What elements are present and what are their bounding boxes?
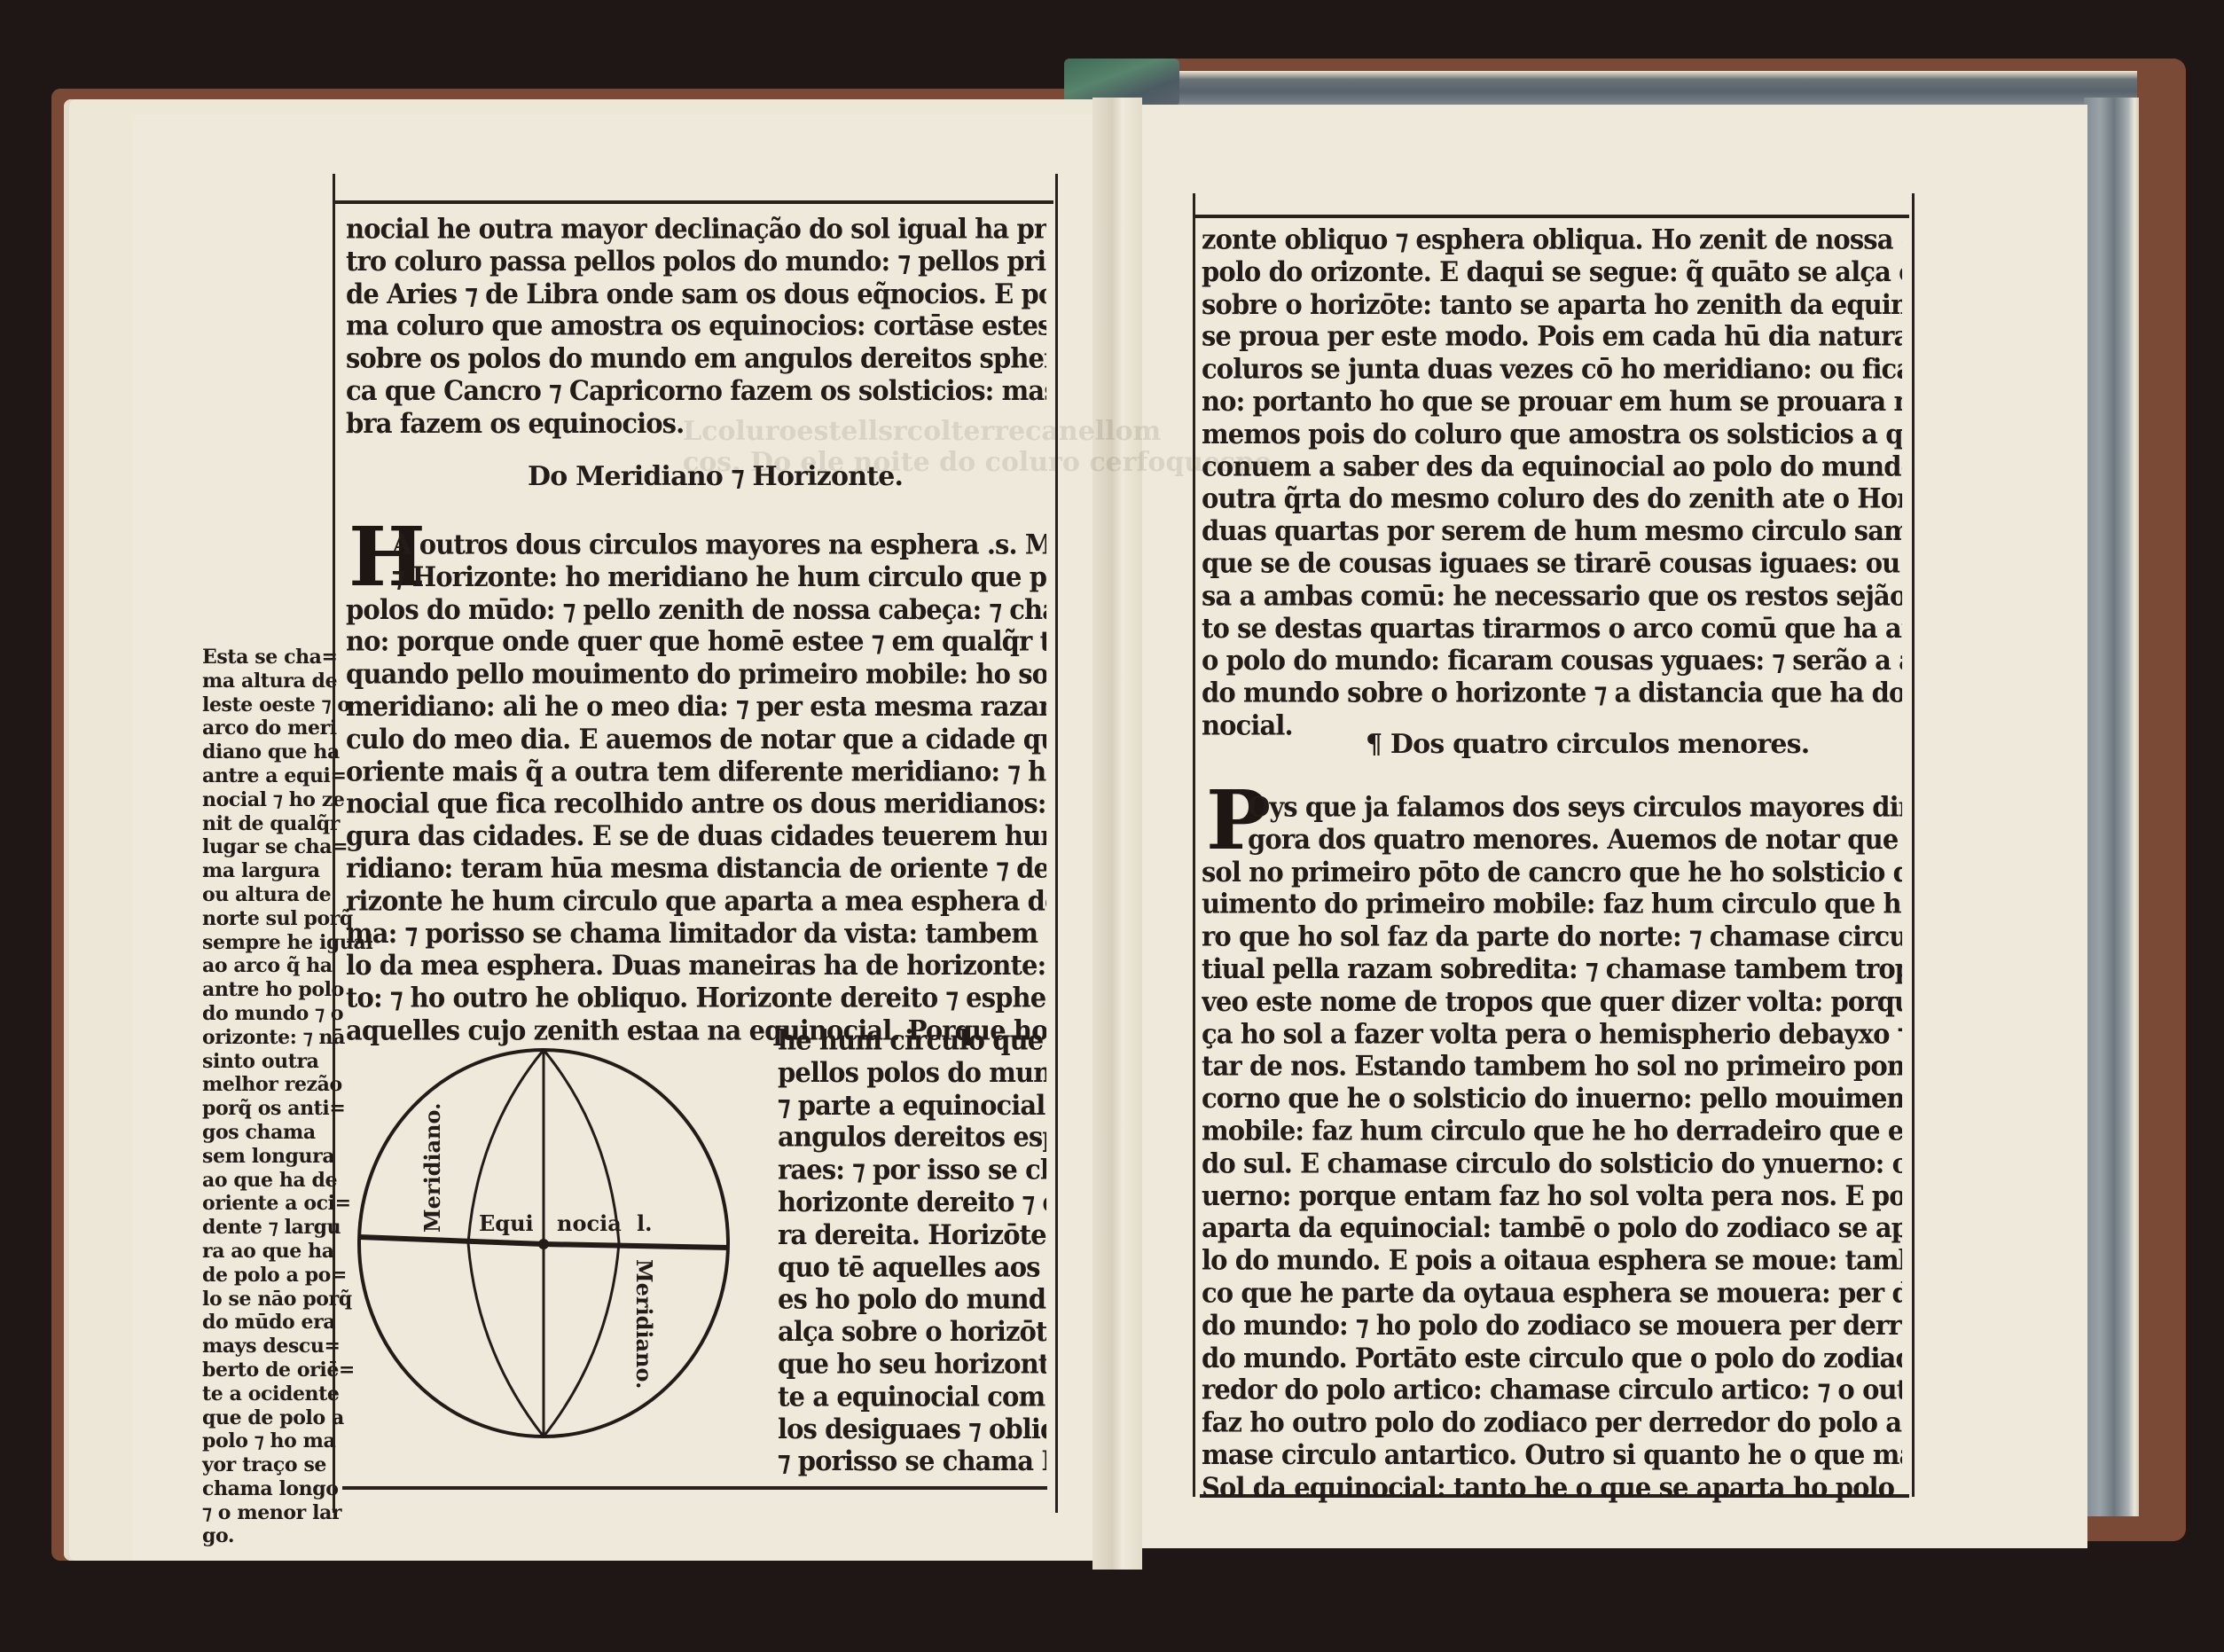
note-line: melhor rezão	[202, 1073, 335, 1097]
section-heading-circulos-menores: ¶ Dos quatro circulos menores.	[1366, 729, 1809, 760]
text-line: que se de cousas iguaes se tirarē cousas…	[1202, 547, 1902, 580]
note-line: Esta se cha=	[202, 646, 335, 669]
note-line: arco do meri	[202, 716, 335, 740]
text-line: quo tē aquelles aos qua=	[778, 1251, 1046, 1284]
label-equi: Equi	[479, 1210, 534, 1236]
text-line: sa a ambas comū: he necessario que os re…	[1202, 580, 1902, 613]
text-line: do mundo: ⁊ ho polo do zodiaco se mouera…	[1202, 1310, 1902, 1343]
note-line: ma altura de	[202, 669, 335, 693]
text-line: oriente mais q̃ a outra tem diferente me…	[346, 756, 1046, 788]
note-line: polo ⁊ ho ma	[202, 1429, 335, 1453]
text-line: rizonte he hum circulo que aparta a mea …	[346, 885, 1046, 918]
text-line: corno que he o solsticio do inuerno: pel…	[1202, 1083, 1902, 1116]
text-line: no: porque onde quer que homē estee ⁊ em…	[346, 626, 1046, 659]
text-line: ma: ⁊ porisso se chama limitador da vist…	[346, 917, 1046, 950]
text-line: sobre os polos do mundo em angulos derei…	[346, 342, 1046, 375]
text-line: ro que ho sol faz da parte do norte: ⁊ c…	[1202, 920, 1902, 953]
text-line: duas quartas por serem de hum mesmo circ…	[1202, 515, 1902, 548]
note-line: que de polo a	[202, 1406, 335, 1430]
note-line: te a ocidente	[202, 1382, 335, 1406]
note-line: yor traço se	[202, 1453, 335, 1477]
text-line: Sol da equinocial: tanto he o que se apa…	[1202, 1471, 1902, 1504]
text-line: sol no primeiro pōto de cancro que he ho…	[1202, 856, 1902, 889]
text-line: zonte obliquo ⁊ esphera obliqua. Ho zeni…	[1202, 223, 1902, 256]
note-line: nit de qualq̃r	[202, 812, 335, 836]
text-line: ça ho sol a fazer volta pera o hemispher…	[1202, 1018, 1902, 1051]
text-line: no: portanto ho que se prouar em hum se …	[1202, 386, 1902, 419]
note-line: gos chama	[202, 1121, 335, 1145]
text-line: do mundo sobre o horizonte ⁊ a distancia…	[1202, 677, 1902, 710]
text-line: alça sobre o horizōte: por	[778, 1316, 1046, 1349]
text-line: uimento do primeiro mobile: faz hum circ…	[1202, 889, 1902, 921]
note-line: do mundo ⁊ o	[202, 1002, 335, 1026]
text-line: uerno: porque entam faz ho sol volta per…	[1202, 1179, 1902, 1212]
note-line: sem longura	[202, 1145, 335, 1169]
text-line: to se destas quartas tirarmos o arco com…	[1202, 612, 1902, 645]
sphere-diagram-svg: Meridiano. Meridiano. Equi nocia l.	[344, 1033, 761, 1459]
text-line: nocial he outra mayor declinação do sol …	[346, 213, 1046, 246]
text-line: A outros dous circulos mayores na espher…	[392, 528, 1046, 561]
text-line: memos pois do coluro que amostra os sols…	[1202, 418, 1902, 450]
text-line: ridiano: teram hūa mesma distancia de or…	[346, 852, 1046, 885]
text-line: o polo do mundo: ficaram cousas yguaes: …	[1202, 645, 1902, 677]
note-line: ao arco q̃ ha	[202, 954, 335, 978]
text-line: ⁊ parte a equinocial com	[778, 1089, 1046, 1122]
label-nocia: nocia	[557, 1210, 622, 1236]
text-line: tar de nos. Estando tambem ho sol no pri…	[1202, 1050, 1902, 1083]
note-line: go.	[202, 1524, 335, 1548]
section-heading-meridiano: Do Meridiano ⁊ Horizonte.	[528, 461, 903, 492]
text-line: tiual pella razam sobredita: ⁊ chamase t…	[1202, 953, 1902, 986]
left-section-text: A outros dous circulos mayores na espher…	[346, 528, 1046, 1047]
text-line: es ho polo do mundo se	[778, 1283, 1046, 1316]
text-line: aparta da equinocial: tambē o polo do zo…	[1202, 1212, 1902, 1245]
text-line: veo este nome de tropos que quer dizer v…	[1202, 985, 1902, 1018]
right-section-text: Oys que ja falamos dos seys circulos may…	[1202, 791, 1902, 1504]
note-line: orizonte: ⁊ nā	[202, 1026, 335, 1050]
text-line: lo da mea esphera. Duas maneiras ha de h…	[346, 950, 1046, 983]
text-line: meridiano: ali he o meo dia: ⁊ per esta …	[346, 691, 1046, 724]
text-line: horizonte dereito ⁊ esphe	[778, 1186, 1046, 1219]
right-opening-text: zonte obliquo ⁊ esphera obliqua. Ho zeni…	[1202, 223, 1902, 742]
text-line: quando pello mouimento do primeiro mobil…	[346, 658, 1046, 691]
text-line: gura das cidades. E se de duas cidades t…	[346, 820, 1046, 853]
note-line: ⁊ o menor lar	[202, 1501, 335, 1525]
text-line: redor do polo artico: chamase circulo ar…	[1202, 1374, 1902, 1407]
label-l: l.	[637, 1210, 652, 1236]
note-line: berto de oriē=	[202, 1358, 335, 1382]
margin-note: Esta se cha= ma altura de leste oeste ⁊ …	[202, 646, 335, 1548]
note-line: chama longo	[202, 1477, 335, 1501]
note-line: lo se nāo porq̃	[202, 1288, 335, 1311]
note-line: porq̃ os anti=	[202, 1097, 335, 1121]
note-line: do mūdo era	[202, 1311, 335, 1335]
note-line: ao que ha de	[202, 1169, 335, 1193]
right-top-rule	[1195, 215, 1909, 218]
note-line: nocial ⁊ ho ze	[202, 788, 335, 812]
left-continuation-text: nocial he outra mayor declinação do sol …	[346, 213, 1046, 440]
text-line: co que he parte da oytaua esphera se mou…	[1202, 1277, 1902, 1310]
page-block-top-edge	[1171, 71, 2137, 105]
text-line: to: ⁊ ho outro he obliquo. Horizonte der…	[346, 983, 1046, 1015]
text-line: los desiguaes ⁊ obliquos	[778, 1413, 1046, 1445]
note-line: norte sul porq̃	[202, 907, 335, 931]
text-line: he hum circulo que passa	[778, 1024, 1046, 1057]
note-line: dente ⁊ largu	[202, 1216, 335, 1240]
text-line: outra q̃rta do mesmo coluro des do zenit…	[1202, 482, 1902, 515]
text-line: sobre o horizōte: tanto se aparta ho zen…	[1202, 288, 1902, 321]
text-line: que ho seu horizonte par	[778, 1348, 1046, 1381]
text-line: de Aries ⁊ de Libra onde sam os dous eq̃…	[346, 278, 1046, 310]
note-line: oriente a oci=	[202, 1192, 335, 1216]
left-top-rule	[335, 200, 1053, 204]
text-line: polo do orizonte. E daqui se segue: q̃ q…	[1202, 256, 1902, 289]
left-bottom-rule	[342, 1486, 1047, 1490]
text-line: pellos polos do mundo:	[778, 1057, 1046, 1090]
note-line: sinto outra	[202, 1050, 335, 1074]
text-line: coluros se junta duas vezes cō ho meridi…	[1202, 353, 1902, 386]
sphere-diagram: Meridiano. Meridiano. Equi nocia l.	[344, 1033, 761, 1459]
text-line: bra fazem os equinocios.	[346, 407, 1046, 440]
note-line: diano que ha	[202, 740, 335, 764]
text-line: mase circulo antartico. Outro si quanto …	[1202, 1439, 1902, 1472]
text-line: gora dos quatro menores. Auemos de notar…	[1248, 824, 1902, 857]
text-line: raes: ⁊ por isso se chama	[778, 1154, 1046, 1186]
label-meridiano-right: Meridiano.	[631, 1259, 657, 1389]
note-line: ra ao que ha	[202, 1240, 335, 1264]
text-line: ra dereita. Horizōte obli	[778, 1218, 1046, 1251]
note-line: ou altura de	[202, 883, 335, 907]
text-line: polos do mūdo: ⁊ pello zenith de nossa c…	[346, 593, 1046, 626]
text-line: te a equinocial com angu	[778, 1381, 1046, 1413]
note-line: ma largura	[202, 859, 335, 883]
gutter	[1092, 98, 1142, 1570]
label-meridiano-left: Meridiano.	[419, 1103, 445, 1233]
text-line: ⁊ Horizonte: ho meridiano he hum circulo…	[392, 561, 1046, 594]
text-line: conuem a saber des da equinocial ao polo…	[1202, 450, 1902, 483]
text-line: ca que Cancro ⁊ Capricorno fazem os sols…	[346, 375, 1046, 408]
page-block-fore-edge	[2084, 98, 2139, 1516]
center-point	[538, 1239, 549, 1249]
text-line: ma coluro que amostra os equinocios: cor…	[346, 310, 1046, 343]
note-line: mays descu=	[202, 1335, 335, 1358]
note-line: antre ho polo	[202, 978, 335, 1002]
note-line: sempre he igual	[202, 931, 335, 955]
text-line: Oys que ja falamos dos seys circulos may…	[1248, 791, 1902, 824]
text-line: faz ho outro polo do zodiaco per derredo…	[1202, 1406, 1902, 1439]
note-line: leste oeste ⁊ o	[202, 693, 335, 717]
text-line: do sul. E chamase circulo do solsticio d…	[1202, 1147, 1902, 1180]
text-line: se proua per este modo. Pois em cada hū …	[1202, 321, 1902, 354]
text-line: angulos dereitos esphe=	[778, 1122, 1046, 1155]
text-line: lo do mundo. E pois a oitaua esphera se …	[1202, 1245, 1902, 1278]
text-line: mobile: faz hum circulo que he ho derrad…	[1202, 1115, 1902, 1147]
text-line: ⁊ porisso se chama Hori=	[778, 1445, 1046, 1478]
note-line: de polo a po=	[202, 1264, 335, 1288]
text-line: culo do meo dia. E auemos de notar que a…	[346, 723, 1046, 756]
note-line: antre a equi=	[202, 764, 335, 788]
note-line: lugar se cha=	[202, 835, 335, 859]
text-line: nocial que fica recolhido antre os dous …	[346, 787, 1046, 820]
text-line: tro coluro passa pellos polos do mundo: …	[346, 246, 1046, 278]
text-line: do mundo. Portāto este circulo que o pol…	[1202, 1342, 1902, 1374]
beside-diagram-text: he hum circulo que passa pellos polos do…	[778, 1024, 1046, 1478]
